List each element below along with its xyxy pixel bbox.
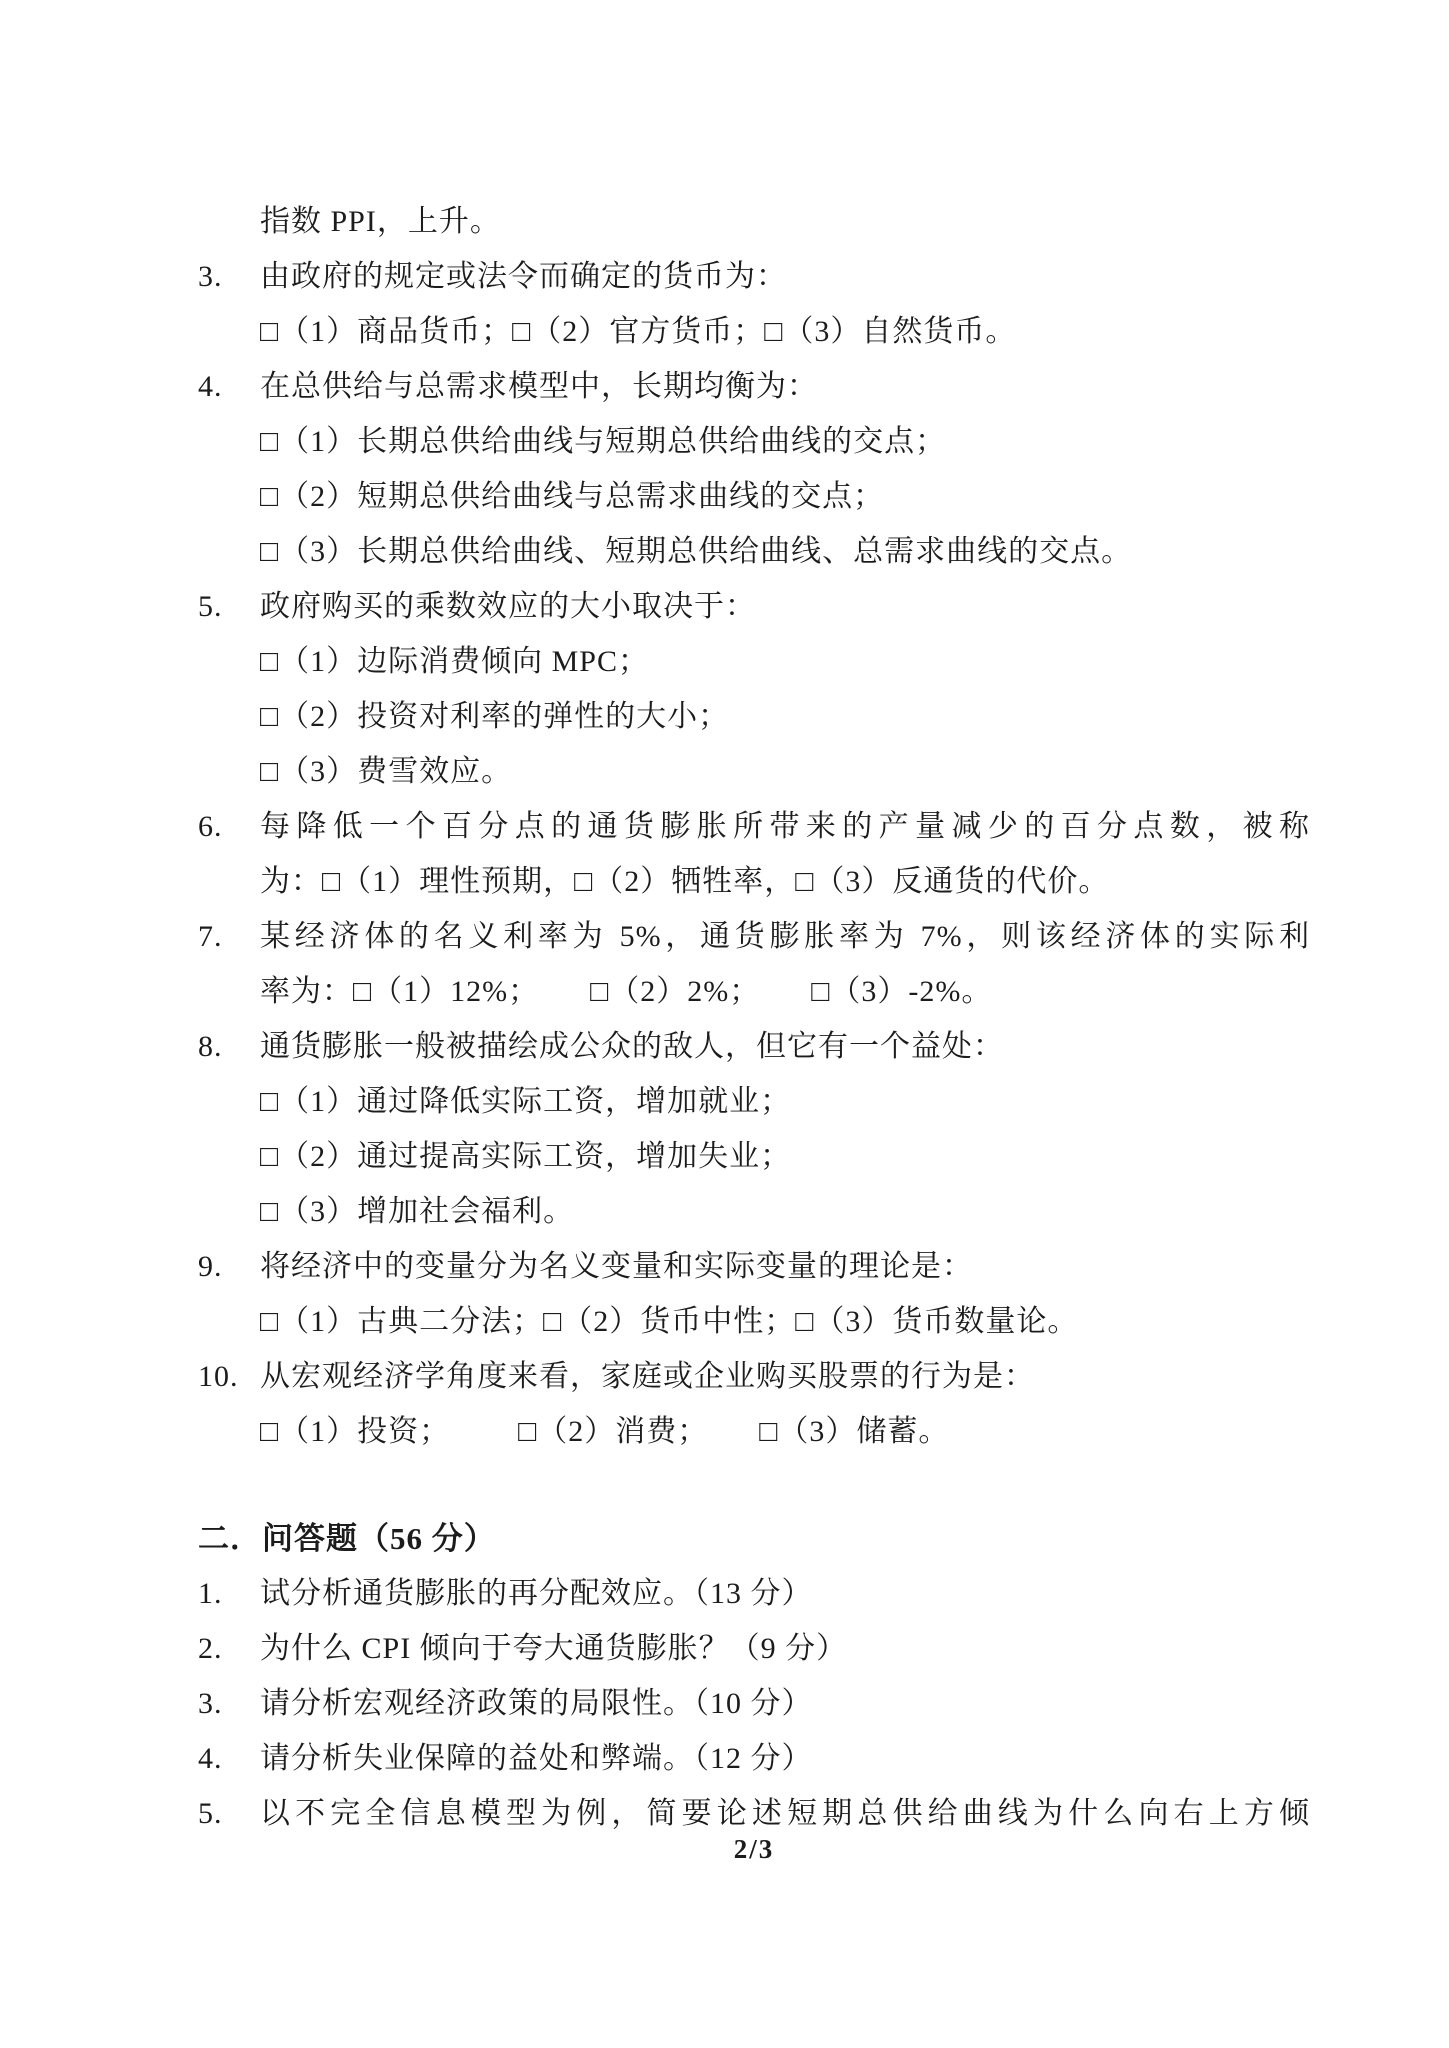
line-text: 某经济体的名义利率为 5%，通货膨胀率为 7%，则该经济体的实际利 — [260, 909, 1310, 964]
line-text: 率为：□（1）12%； □（2）2%； □（3）-2%。 — [260, 964, 1310, 1019]
document-lines: 指数 PPI，上升。3.由政府的规定或法令而确定的货币为：□（1）商品货币；□（… — [198, 194, 1310, 1841]
line-text: □（2）通过提高实际工资，增加失业； — [260, 1129, 1310, 1184]
item-number: 6. — [198, 799, 260, 854]
line-text: 为：□（1）理性预期，□（2）牺牲率，□（3）反通货的代价。 — [260, 854, 1310, 909]
line-text: 每降低一个百分点的通货膨胀所带来的产量减少的百分点数，被称 — [260, 799, 1310, 854]
item-number: 1. — [198, 1566, 260, 1621]
question-line: 6.每降低一个百分点的通货膨胀所带来的产量减少的百分点数，被称 — [198, 799, 1310, 854]
line-text: 请分析宏观经济政策的局限性。（10 分） — [260, 1676, 1310, 1731]
essay-question-line: 1.试分析通货膨胀的再分配效应。（13 分） — [198, 1566, 1310, 1621]
option-line: □（2）投资对利率的弹性的大小； — [198, 689, 1310, 744]
item-number: 2. — [198, 1621, 260, 1676]
item-number: 4. — [198, 359, 260, 414]
line-text: 由政府的规定或法令而确定的货币为： — [260, 249, 1310, 304]
question-line: 7.某经济体的名义利率为 5%，通货膨胀率为 7%，则该经济体的实际利 — [198, 909, 1310, 964]
item-number: 7. — [198, 909, 260, 964]
option-line: □（1）商品货币；□（2）官方货币；□（3）自然货币。 — [198, 304, 1310, 359]
item-number: 4. — [198, 1731, 260, 1786]
option-line: □（1）通过降低实际工资，增加就业； — [198, 1074, 1310, 1129]
item-number — [198, 1294, 260, 1349]
essay-question-line: 2.为什么 CPI 倾向于夸大通货膨胀？（9 分） — [198, 1621, 1310, 1676]
item-number — [198, 964, 260, 1019]
option-line: □（1）边际消费倾向 MPC； — [198, 634, 1310, 689]
item-number — [198, 1184, 260, 1239]
option-line: □（3）费雪效应。 — [198, 744, 1310, 799]
question-line: 3.由政府的规定或法令而确定的货币为： — [198, 249, 1310, 304]
line-text: □（3）增加社会福利。 — [260, 1184, 1310, 1239]
item-number — [198, 1074, 260, 1129]
option-line: □（2）短期总供给曲线与总需求曲线的交点； — [198, 469, 1310, 524]
continuation-line: 指数 PPI，上升。 — [198, 194, 1310, 249]
option-line: 为：□（1）理性预期，□（2）牺牲率，□（3）反通货的代价。 — [198, 854, 1310, 909]
essay-question-line: 3.请分析宏观经济政策的局限性。（10 分） — [198, 1676, 1310, 1731]
line-text: 为什么 CPI 倾向于夸大通货膨胀？（9 分） — [260, 1621, 1310, 1676]
line-text: 试分析通货膨胀的再分配效应。（13 分） — [260, 1566, 1310, 1621]
line-text: □（3）费雪效应。 — [260, 744, 1310, 799]
line-text: □（1）商品货币；□（2）官方货币；□（3）自然货币。 — [260, 304, 1310, 359]
line-text: □（1）边际消费倾向 MPC； — [260, 634, 1310, 689]
question-line: 4.在总供给与总需求模型中，长期均衡为： — [198, 359, 1310, 414]
item-number: 9. — [198, 1239, 260, 1294]
question-line: 9.将经济中的变量分为名义变量和实际变量的理论是： — [198, 1239, 1310, 1294]
question-line: 5.政府购买的乘数效应的大小取决于： — [198, 579, 1310, 634]
item-number: 5. — [198, 1786, 260, 1841]
item-number — [198, 194, 260, 249]
item-number — [198, 689, 260, 744]
item-number: 5. — [198, 579, 260, 634]
line-text: □（1）长期总供给曲线与短期总供给曲线的交点； — [260, 414, 1310, 469]
section-heading: 二．问答题（56 分） — [198, 1511, 1310, 1566]
option-line: □（2）通过提高实际工资，增加失业； — [198, 1129, 1310, 1184]
line-text: 通货膨胀一般被描绘成公众的敌人，但它有一个益处： — [260, 1019, 1310, 1074]
line-text: 二．问答题（56 分） — [198, 1511, 1310, 1566]
line-text: 从宏观经济学角度来看，家庭或企业购买股票的行为是： — [260, 1349, 1310, 1404]
item-number — [198, 304, 260, 359]
option-line: □（3）长期总供给曲线、短期总供给曲线、总需求曲线的交点。 — [198, 524, 1310, 579]
option-line: 率为：□（1）12%； □（2）2%； □（3）-2%。 — [198, 964, 1310, 1019]
line-text: 政府购买的乘数效应的大小取决于： — [260, 579, 1310, 634]
line-text: □（1）通过降低实际工资，增加就业； — [260, 1074, 1310, 1129]
option-line: □（1）古典二分法；□（2）货币中性；□（3）货币数量论。 — [198, 1294, 1310, 1349]
line-text: □（1）投资； □（2）消费； □（3）储蓄。 — [260, 1404, 1310, 1459]
item-number: 10. — [198, 1349, 260, 1404]
line-text: □（2）投资对利率的弹性的大小； — [260, 689, 1310, 744]
line-text: □（2）短期总供给曲线与总需求曲线的交点； — [260, 469, 1310, 524]
question-line: 8.通货膨胀一般被描绘成公众的敌人，但它有一个益处： — [198, 1019, 1310, 1074]
question-line: 10.从宏观经济学角度来看，家庭或企业购买股票的行为是： — [198, 1349, 1310, 1404]
line-text: 在总供给与总需求模型中，长期均衡为： — [260, 359, 1310, 414]
line-text: 指数 PPI，上升。 — [260, 194, 1310, 249]
line-text: □（1）古典二分法；□（2）货币中性；□（3）货币数量论。 — [260, 1294, 1310, 1349]
exam-page: 指数 PPI，上升。3.由政府的规定或法令而确定的货币为：□（1）商品货币；□（… — [198, 194, 1310, 1841]
option-line: □（1）长期总供给曲线与短期总供给曲线的交点； — [198, 414, 1310, 469]
item-number — [198, 634, 260, 689]
option-line: □（1）投资； □（2）消费； □（3）储蓄。 — [198, 1404, 1310, 1459]
item-number — [198, 524, 260, 579]
item-number: 3. — [198, 249, 260, 304]
item-number — [198, 1404, 260, 1459]
page-number: 2/3 — [198, 1834, 1310, 1865]
line-text: 将经济中的变量分为名义变量和实际变量的理论是： — [260, 1239, 1310, 1294]
essay-question-line: 5.以不完全信息模型为例，简要论述短期总供给曲线为什么向右上方倾 — [198, 1786, 1310, 1841]
line-text: 请分析失业保障的益处和弊端。（12 分） — [260, 1731, 1310, 1786]
line-text: 以不完全信息模型为例，简要论述短期总供给曲线为什么向右上方倾 — [260, 1786, 1310, 1841]
option-line: □（3）增加社会福利。 — [198, 1184, 1310, 1239]
item-number: 8. — [198, 1019, 260, 1074]
item-number — [198, 414, 260, 469]
item-number — [198, 744, 260, 799]
item-number — [198, 469, 260, 524]
line-text: □（3）长期总供给曲线、短期总供给曲线、总需求曲线的交点。 — [260, 524, 1310, 579]
item-number — [198, 854, 260, 909]
item-number: 3. — [198, 1676, 260, 1731]
essay-question-line: 4.请分析失业保障的益处和弊端。（12 分） — [198, 1731, 1310, 1786]
item-number — [198, 1129, 260, 1184]
